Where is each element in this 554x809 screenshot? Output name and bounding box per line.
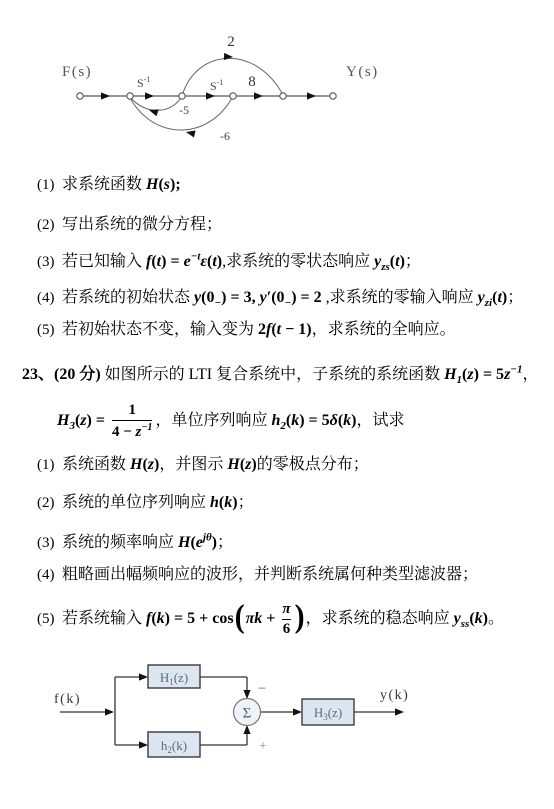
text-segment: ； (507, 289, 523, 306)
text-segment: h (210, 494, 219, 511)
text-segment: ，试求 (357, 412, 405, 429)
item-number: (2) (37, 494, 62, 514)
block-h2-label: h2(k) (161, 738, 187, 755)
q22-item-3: (3)若已知输入 f(t) = e−tε(t),求系统的零状态响应 yzs(t)… (37, 250, 421, 275)
text-segment: H (57, 412, 69, 429)
item-number: (3) (37, 253, 62, 273)
arrowhead-icon (105, 708, 114, 715)
text-segment: 粗略画出幅频响应的波形，并判断系统属何种类型滤波器； (62, 566, 478, 583)
text-segment: 如图所示的 LTI 复合系统中，子系统的系统函数 (105, 366, 444, 383)
sfg-branch-feedback5 (130, 96, 182, 110)
text-segment: zi (485, 297, 492, 309)
text-segment: πk (246, 610, 263, 627)
fraction-numerator: π (282, 601, 290, 618)
text-segment: 若系统的初始状态 (62, 289, 194, 306)
text-segment: ) = 3, (221, 289, 259, 306)
text-segment: H (444, 366, 456, 383)
fraction-numerator: 1 (128, 402, 136, 419)
left-parenthesis: ( (235, 592, 245, 643)
fraction-denominator: 4 − z−1 (112, 422, 152, 441)
text-segment: ) = 5 + cos (165, 610, 234, 627)
q22-item-4: (4)若系统的初始状态 y(0−) = 3, y′(0−) = 2 ,求系统的零… (37, 288, 523, 310)
formula-tail: ，单位序列响应 h2(k) = 5δ(k)，试求 (155, 412, 404, 429)
text-segment: 若系统输入 (62, 610, 146, 627)
sigma-symbol: Σ (243, 706, 252, 722)
sfg-gain-2-label: 2 (227, 34, 235, 50)
item-text: 若系统输入 f(k) = 5 + cos (62, 610, 234, 627)
item-text: πk + (246, 610, 280, 627)
text-segment: H (227, 456, 239, 473)
text-segment: H (178, 534, 190, 551)
arrowhead-icon (139, 741, 148, 748)
plus-sign: + (259, 739, 267, 754)
item-text: 写出系统的微分方程； (62, 216, 222, 233)
sfg-feedback-neg5-label: -5 (179, 103, 189, 117)
text-segment: ，求系统的稳态响应 (306, 610, 454, 627)
text-segment: y′ (260, 289, 272, 306)
text-segment: 4 − (112, 424, 136, 440)
arrowhead-icon (139, 673, 148, 680)
sfg-node (230, 93, 236, 99)
item-text: 若系统的初始状态 y(0−) = 3, y′(0−) = 2 ,求系统的零输入响… (62, 289, 523, 306)
text-segment: 求系统函数 (62, 176, 146, 193)
q23-header: 23、(20 分) 如图所示的 LTI 复合系统中，子系统的系统函数 H1(z)… (22, 363, 538, 388)
right-parenthesis: ) (295, 592, 305, 643)
sfg-node (179, 93, 185, 99)
text-segment: ) = 2 (291, 289, 321, 306)
q23-item-5: (5)若系统输入 f(k) = 5 + cos(πk + π6)，求系统的稳态响… (37, 596, 504, 647)
text-segment: 2 (258, 321, 266, 338)
item-text: 系统的频率响应 H(ejθ)； (62, 534, 233, 551)
sfg-node (127, 93, 133, 99)
item-number: (4) (37, 566, 62, 586)
sfg-node (77, 93, 83, 99)
fraction-bar (282, 619, 290, 620)
text-segment: ，求系统的全响应。 (312, 321, 456, 338)
q22-item-5: (5)若初始状态不变，输入变为 2f(t − 1)，求系统的全响应。 (37, 320, 456, 341)
q23-item-2: (2)系统的单位序列响应 h(k)； (37, 493, 254, 514)
arrowhead-icon (224, 53, 233, 61)
text-segment: ) = 5 (299, 412, 329, 429)
text-segment: 写出系统的微分方程； (62, 216, 222, 233)
text-segment: H (130, 456, 142, 473)
formula-lhs: H3(z) = (57, 412, 109, 429)
text-segment: jθ (203, 532, 212, 544)
text-segment: (0 (271, 289, 284, 306)
text-segment: ) = (161, 253, 183, 270)
q23-item-4: (4)粗略画出幅频响应的波形，并判断系统属何种类型滤波器； (37, 565, 478, 586)
bd-input-label: f(k) (54, 692, 81, 707)
text-segment: 的零极点分布； (257, 456, 369, 473)
text-segment: zs (381, 262, 390, 274)
text-segment: 若初始状态不变，输入变为 (62, 321, 258, 338)
arrowhead-icon (293, 708, 302, 715)
item-text: 若初始状态不变，输入变为 2f(t − 1)，求系统的全响应。 (62, 321, 456, 338)
text-segment: ,求系统的零状态响应 (222, 253, 374, 270)
q23-item-3: (3)系统的频率响应 H(ejθ)； (37, 531, 233, 554)
text-segment: − 1) (281, 321, 311, 338)
text-segment: −1 (510, 364, 522, 376)
fraction-bar (112, 420, 152, 421)
signal-flow-graph: F(s) Y(s) S-1 S-1 2 8 -5 -6 (0, 0, 554, 170)
header-text: 23、(20 分) 如图所示的 LTI 复合系统中，子系统的系统函数 H1(z)… (22, 366, 538, 383)
text-segment: −1 (141, 422, 152, 433)
text-segment: ) = 5 (474, 366, 504, 383)
arrowhead-icon (101, 92, 110, 99)
text-segment: ，单位序列响应 (155, 412, 271, 429)
text-segment: e (184, 253, 191, 270)
sfg-input-label: F(s) (62, 64, 92, 80)
item-text: 粗略画出幅频响应的波形，并判断系统属何种类型滤波器； (62, 566, 478, 583)
item-number: (5) (37, 321, 62, 341)
item-number: (1) (37, 456, 62, 476)
text-segment: y (454, 610, 461, 627)
arrowhead-icon (243, 725, 250, 734)
text-segment: y (478, 289, 485, 306)
block-diagram: H1(z) h2(k) H3(z) Σ − + f(k) y(k) (0, 655, 554, 809)
sfg-branch-gain2 (182, 58, 283, 96)
sfg-feedback-neg6-label: -6 (220, 129, 230, 143)
sfg-output-label: Y(s) (346, 64, 379, 80)
item-text: 系统函数 H(z)，并图示 H(z)的零极点分布； (62, 456, 369, 473)
item-number: (3) (37, 534, 62, 554)
text-segment: 系统的频率响应 (62, 534, 178, 551)
arrowhead-icon (307, 92, 316, 99)
text-segment: ,求系统的零输入响应 (322, 289, 478, 306)
text-segment: (0 (201, 289, 214, 306)
text-segment: k (291, 412, 299, 429)
text-segment: 23、(20 分) (22, 366, 105, 383)
fraction: 14 − z−1 (112, 402, 152, 440)
text-segment: k (475, 610, 483, 627)
text-segment: ， (522, 366, 538, 383)
item-number: (4) (37, 289, 62, 309)
minus-sign: − (258, 681, 266, 697)
item-number: (1) (37, 176, 62, 196)
q23-item-1: (1)系统函数 H(z)，并图示 H(z)的零极点分布； (37, 455, 369, 476)
text-segment: 。 (488, 610, 504, 627)
item-text: 若已知输入 f(t) = e−tε(t),求系统的零状态响应 yzs(t)； (62, 253, 421, 270)
sfg-gain-integrator2-label: S-1 (210, 78, 223, 93)
item-number: (2) (37, 216, 62, 236)
arrowhead-icon (206, 92, 215, 99)
text-segment: −t (191, 251, 201, 263)
text-segment: 系统函数 (62, 456, 130, 473)
item-text: ，求系统的稳态响应 yss(k)。 (306, 610, 504, 627)
text-segment: δ (330, 412, 338, 429)
text-segment: ； (405, 253, 421, 270)
item-number: (5) (37, 596, 62, 642)
arrowhead-icon (243, 690, 250, 699)
block-h3-label: H3(z) (314, 705, 342, 722)
fraction: π6 (282, 601, 290, 637)
arrowhead-icon (395, 708, 404, 715)
text-segment: e (196, 534, 203, 551)
sfg-node (330, 93, 336, 99)
bd-output-label: y(k) (380, 688, 409, 703)
item-text: 求系统函数 H(s); (62, 176, 181, 193)
item-text: 系统的单位序列响应 h(k)； (62, 494, 254, 511)
text-segment: 系统的单位序列响应 (62, 494, 210, 511)
block-h1-label: H1(z) (160, 670, 188, 687)
fraction-denominator: 6 (283, 621, 291, 638)
q22-item-2: (2)写出系统的微分方程； (37, 215, 222, 236)
exam-page: F(s) Y(s) S-1 S-1 2 8 -5 -6 (1)求系统函数 H(s… (0, 0, 554, 809)
text-segment: k (343, 412, 351, 429)
text-segment: ； (217, 534, 233, 551)
text-segment: H (146, 176, 158, 193)
text-segment: k (157, 610, 165, 627)
text-segment: ，并图示 (159, 456, 227, 473)
q22-item-1: (1)求系统函数 H(s); (37, 175, 181, 196)
text-segment: 若已知输入 (62, 253, 146, 270)
arrowhead-icon (145, 92, 154, 99)
text-segment: ； (238, 494, 254, 511)
text-segment: + (262, 610, 279, 627)
sfg-gain-8-label: 8 (248, 74, 256, 90)
text-segment: ); (170, 176, 181, 193)
text-segment: ) = (87, 412, 109, 429)
arrowhead-icon (148, 107, 159, 117)
q23-formula-line: H3(z) = 14 − z−1，单位序列响应 h2(k) = 5δ(k)，试求 (57, 398, 405, 449)
sfg-node (280, 93, 286, 99)
arrowhead-icon (254, 92, 263, 99)
sfg-gain-integrator1-label: S-1 (137, 75, 150, 90)
